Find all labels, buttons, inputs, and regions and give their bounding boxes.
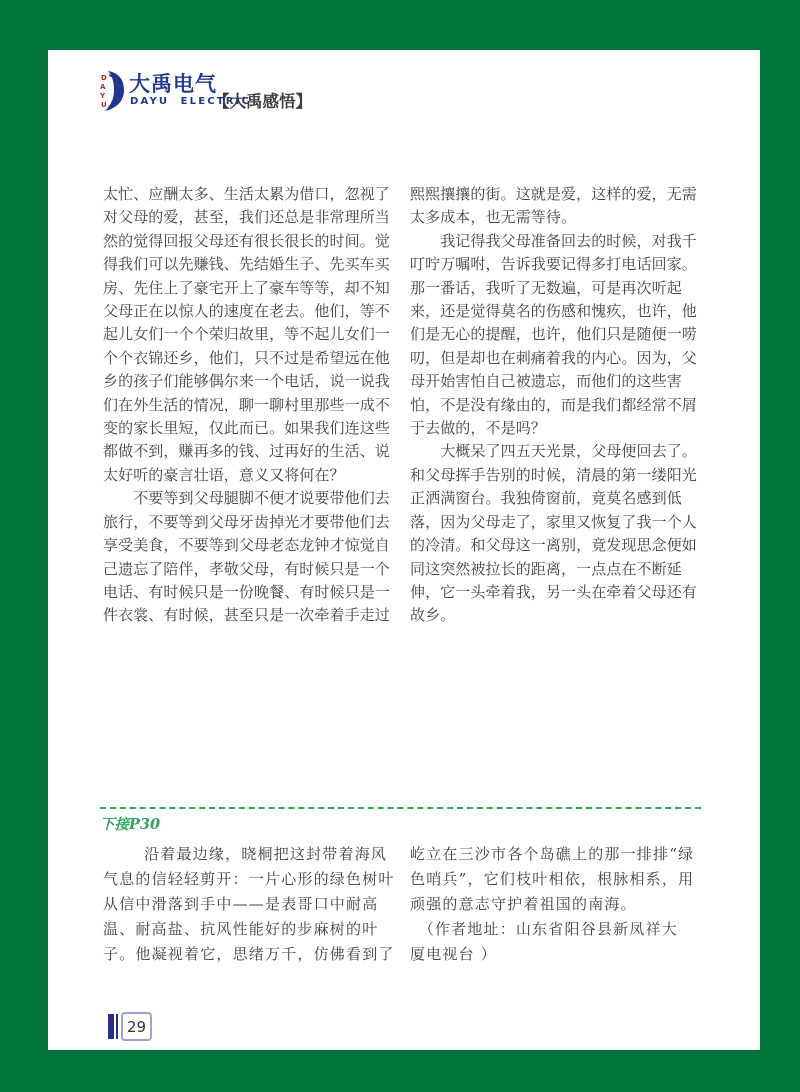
article-text-line: 变的家长里短，仅此而已。如果我们连这些 bbox=[103, 417, 395, 440]
page-number: 29 bbox=[127, 1018, 146, 1036]
article-text-line: 怕，不是没有缘由的，而是我们都经常不屑 bbox=[410, 394, 702, 417]
article-text-line: 房、先住上了豪宅开上了豪车等等，却不知 bbox=[103, 277, 395, 300]
continuation-text-line: 子。他凝视着它，思绪万千，仿佛看到了 bbox=[103, 942, 395, 967]
article-text-line: 然的觉得回报父母还有很长很长的时间。觉 bbox=[103, 230, 395, 253]
article-text-line: 叮咛万嘱咐，告诉我要记得多打电话回家。 bbox=[410, 253, 702, 276]
article-text-line: 享受美食，不要等到父母老态龙钟才惊觉自 bbox=[103, 534, 395, 557]
continuation-text-line: 温、耐高盐、抗风性能好的步麻树的叶 bbox=[103, 917, 395, 942]
page-number-bar-thick bbox=[108, 1014, 114, 1039]
page-number-badge: 29 bbox=[121, 1012, 152, 1041]
continuation-text-line: 色哨兵”，它们枝叶相依，根脉相系，用 bbox=[410, 867, 702, 892]
article-text-line: 不要等到父母腿脚不便才说要带他们去 bbox=[103, 487, 395, 510]
logo-chinese-name: 大禹电气 bbox=[129, 73, 217, 95]
article-text-line: 太好听的豪言壮语，意义又将何在？ bbox=[103, 464, 395, 487]
article-text-line: 故乡。 bbox=[410, 604, 702, 627]
svg-text:Y: Y bbox=[100, 92, 106, 100]
article-text-line: 同这突然被拉长的距离，一点点在不断延 bbox=[410, 558, 702, 581]
article-column-left: 太忙、应酬太多、生活太累为借口，忽视了对父母的爱，甚至，我们还总是非常理所当然的… bbox=[103, 183, 395, 628]
article-text-line: 大概呆了四五天光景，父母便回去了。 bbox=[410, 440, 702, 463]
article-text-line: 太多成本，也无需等待。 bbox=[410, 206, 702, 229]
article-text-line: 个个衣锦还乡，他们，只不过是希望远在他 bbox=[103, 347, 395, 370]
svg-text:A: A bbox=[100, 83, 106, 91]
article-text-line: 的冷清。和父母这一离别，竟发现思念便如 bbox=[410, 534, 702, 557]
article-text-line: 于去做的，不是吗？ bbox=[410, 417, 702, 440]
article-text-line: 正洒满窗台。我独倚窗前，竟莫名感到低 bbox=[410, 487, 702, 510]
continuation-text-line: 从信中滑落到手中——是表哥口中耐高 bbox=[103, 892, 395, 917]
article-text-line: 我记得我父母准备回去的时候，对我千 bbox=[410, 230, 702, 253]
article-text-line: 熙熙攘攘的街。这就是爱，这样的爱，无需 bbox=[410, 183, 702, 206]
article-text-line: 叨，但是却也在刺痛着我的内心。因为，父 bbox=[410, 347, 702, 370]
column-section-title: 【大禹感悟】 bbox=[213, 88, 312, 112]
continuation-text-line: （作者地址：山东省阳谷县新凤祥大 bbox=[410, 917, 702, 942]
article-text-line: 落，因为父母走了，家里又恢复了我一个人 bbox=[410, 511, 702, 534]
article-text-line: 太忙、应酬太多、生活太累为借口，忽视了 bbox=[103, 183, 395, 206]
article-text-line: 们在外生活的情况，聊一聊村里那些一成不 bbox=[103, 394, 395, 417]
article-text-line: 己遗忘了陪伴，孝敬父母，有时候只是一个 bbox=[103, 558, 395, 581]
continuation-text-line: 沿着最边缘，晓桐把这封带着海风 bbox=[103, 842, 395, 867]
article-text-line: 那一番话，我听了无数遍，可是再次听起 bbox=[410, 277, 702, 300]
continuation-text-line: 屹立在三沙市各个岛礁上的那一排排“绿 bbox=[410, 842, 702, 867]
article-text-line: 父母正在以惊人的速度在老去。他们，等不 bbox=[103, 300, 395, 323]
article-text-line: 电话、有时候只是一份晚餐、有时候只是一 bbox=[103, 581, 395, 604]
page: D A Y U 大禹电气 DAYU ELECTRIC 【大禹感悟】 太忙、应酬太… bbox=[48, 50, 760, 1050]
article-text-line: 起儿女们一个个荣归故里，等不起儿女们一 bbox=[103, 323, 395, 346]
svg-text:D: D bbox=[101, 74, 107, 82]
continuation-text-line: 厦电视台 ） bbox=[410, 942, 702, 967]
article-text-line: 件衣裳、有时候，甚至只是一次牵着手走过 bbox=[103, 604, 395, 627]
dayu-logo-icon: D A Y U bbox=[100, 70, 125, 112]
article-text-line: 们是无心的提醒，也许，他们只是随便一唠 bbox=[410, 323, 702, 346]
magazine-page-background: { "brand": { "logo_monogram_letters": ["… bbox=[0, 0, 800, 1092]
continuation-column-right: 屹立在三沙市各个岛礁上的那一排排“绿色哨兵”，它们枝叶相依，根脉相系，用顽强的意… bbox=[410, 842, 702, 967]
continuation-text-line: 气息的信轻轻剪开：一片心形的绿色树叶 bbox=[103, 867, 395, 892]
article-text-line: 都做不到，赚再多的钱、过再好的生活、说 bbox=[103, 440, 395, 463]
article-column-right: 熙熙攘攘的街。这就是爱，这样的爱，无需太多成本，也无需等待。 我记得我父母准备回… bbox=[410, 183, 702, 628]
article-text-line: 伸，它一头牵着我，另一头在牵着父母还有 bbox=[410, 581, 702, 604]
dashed-section-divider bbox=[100, 807, 701, 809]
article-text-line: 母开始害怕自己被遗忘，而他们的这些害 bbox=[410, 370, 702, 393]
article-text-line: 和父母挥手告别的时候，清晨的第一缕阳光 bbox=[410, 464, 702, 487]
svg-text:U: U bbox=[101, 101, 107, 109]
continuation-column-left: 沿着最边缘，晓桐把这封带着海风气息的信轻轻剪开：一片心形的绿色树叶从信中滑落到手… bbox=[103, 842, 395, 967]
continued-on-page-label: 下接P30 bbox=[100, 813, 160, 834]
article-text-line: 得我们可以先赚钱、先结婚生子、先买车买 bbox=[103, 253, 395, 276]
article-text-line: 来，还是觉得莫名的伤感和愧疚，也许，他 bbox=[410, 300, 702, 323]
article-text-line: 旅行，不要等到父母牙齿掉光才要带他们去 bbox=[103, 511, 395, 534]
article-text-line: 对父母的爱，甚至，我们还总是非常理所当 bbox=[103, 206, 395, 229]
page-number-bar-thin bbox=[116, 1014, 118, 1039]
article-text-line: 乡的孩子们能够偶尔来一个电话，说一说我 bbox=[103, 370, 395, 393]
continuation-text-line: 顽强的意志守护着祖国的南海。 bbox=[410, 892, 702, 917]
